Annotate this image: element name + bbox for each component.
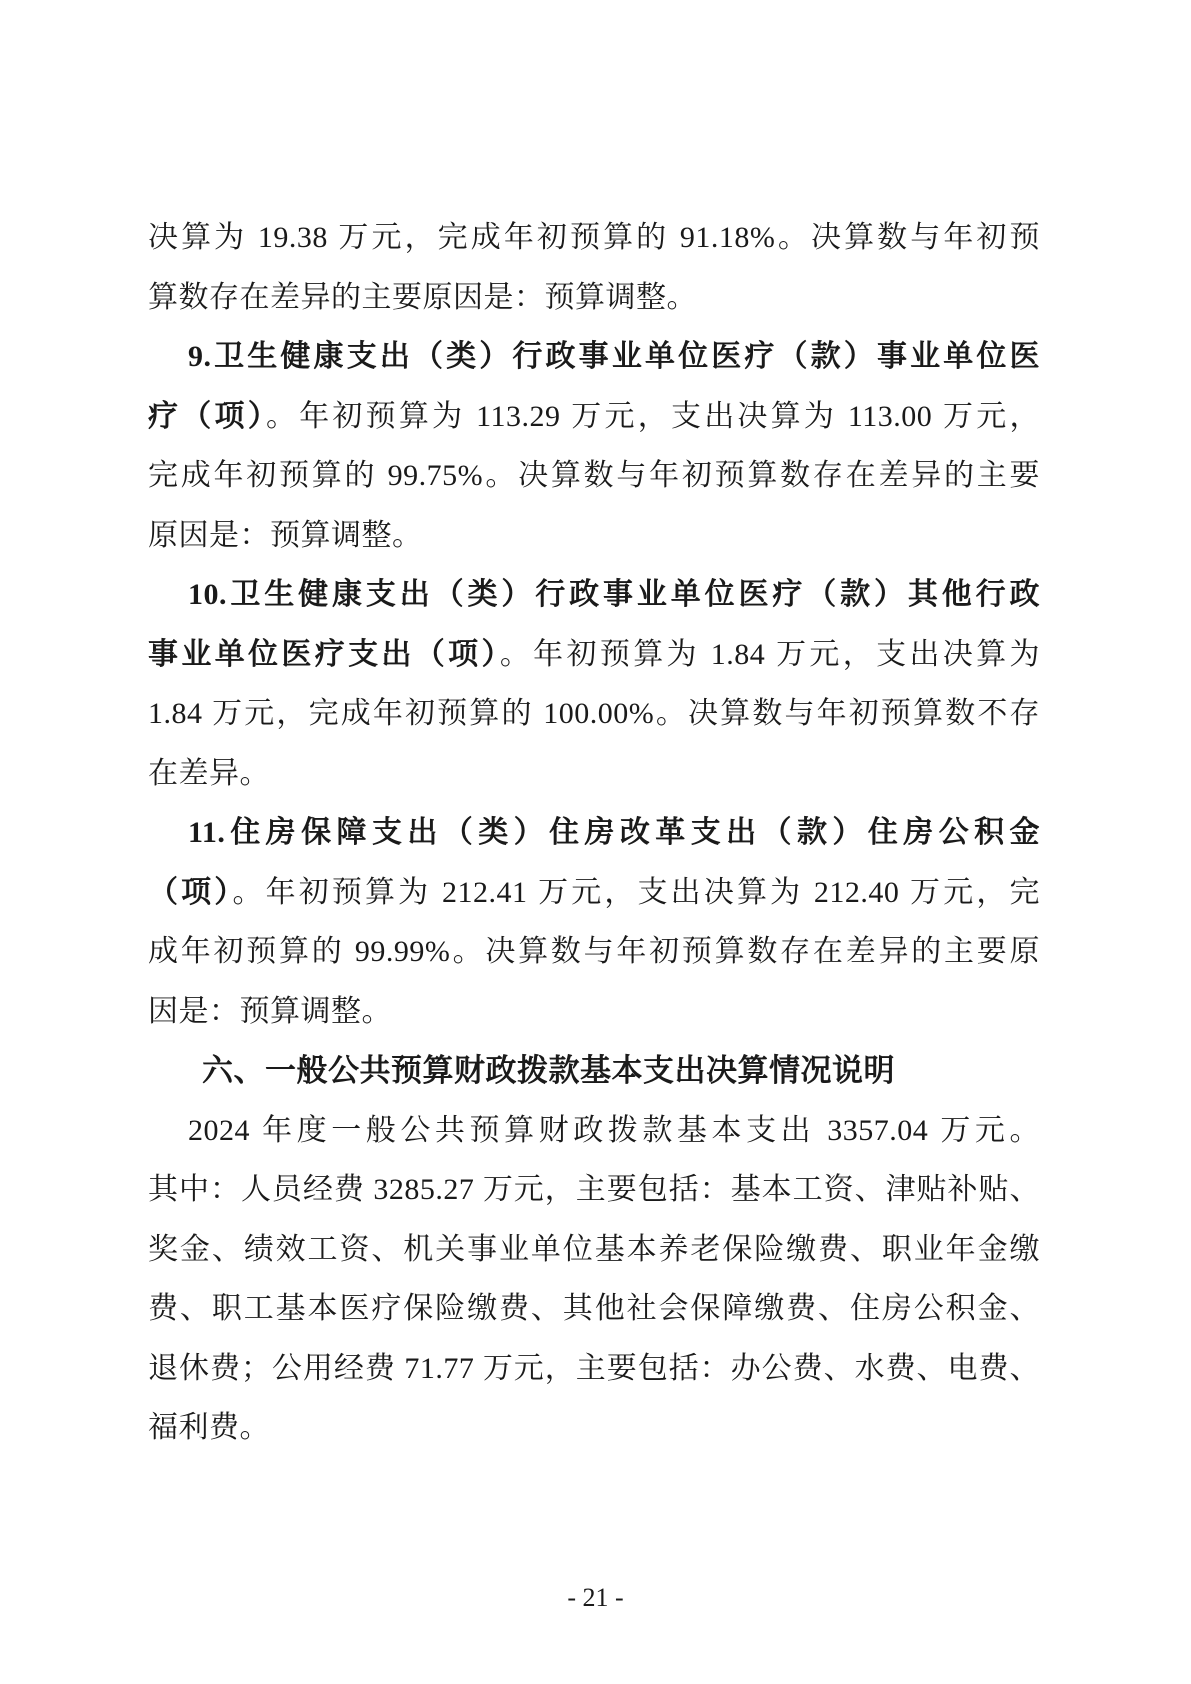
text-run: 。年初预算为 212.41 万元，支出决算为 212.40 万元，完 (232, 876, 1040, 909)
doc-line-item-10: 10.卫生健康支出（类）行政事业单位医疗（款）其他行政 (148, 565, 1040, 625)
text-run: 其中：人员经费 3285.27 万元，主要包括：基本工资、津贴补贴、 (148, 1173, 1040, 1206)
doc-line: 退休费；公用经费 71.77 万元，主要包括：办公费、水费、电费、 (148, 1339, 1040, 1399)
text-run: 成年初预算的 99.99%。决算数与年初预算数存在差异的主要原 (148, 935, 1040, 968)
doc-line: 2024 年度一般公共预算财政拨款基本支出 3357.04 万元。 (148, 1101, 1040, 1161)
text-run: 。年初预算为 113.29 万元，支出决算为 113.00 万元， (266, 400, 1040, 433)
text-run: 完成年初预算的 99.75%。决算数与年初预算数存在差异的主要 (148, 459, 1040, 492)
doc-line: 疗（项）。年初预算为 113.29 万元，支出决算为 113.00 万元， (148, 387, 1040, 447)
bold-run: 疗（项） (148, 400, 266, 433)
section-heading-6: 六、一般公共预算财政拨款基本支出决算情况说明 (148, 1041, 1040, 1101)
doc-line: 算数存在差异的主要原因是：预算调整。 (148, 268, 1040, 328)
text-run: 退休费；公用经费 71.77 万元，主要包括：办公费、水费、电费、 (148, 1352, 1040, 1385)
doc-line: 事业单位医疗支出（项）。年初预算为 1.84 万元，支出决算为 (148, 625, 1040, 685)
doc-line: 奖金、绩效工资、机关事业单位基本养老保险缴费、职业年金缴 (148, 1220, 1040, 1280)
doc-line: （项）。年初预算为 212.41 万元，支出决算为 212.40 万元，完 (148, 863, 1040, 923)
heading-text: 六、一般公共预算财政拨款基本支出决算情况说明 (202, 1053, 895, 1088)
text-run: 费、职工基本医疗保险缴费、其他社会保障缴费、住房公积金、 (148, 1292, 1040, 1325)
doc-line: 原因是：预算调整。 (148, 506, 1040, 566)
doc-line: 因是：预算调整。 (148, 982, 1040, 1042)
bold-run: （项） (148, 876, 232, 909)
text-run: 1.84 万元，完成年初预算的 100.00%。决算数与年初预算数不存 (148, 697, 1040, 730)
bold-run: 9.卫生健康支出（类）行政事业单位医疗（款）事业单位医 (188, 340, 1040, 373)
doc-line-item-9: 9.卫生健康支出（类）行政事业单位医疗（款）事业单位医 (148, 327, 1040, 387)
document-page: 决算为 19.38 万元，完成年初预算的 91.18%。决算数与年初预 算数存在… (0, 0, 1191, 1684)
bold-run: 11.住房保障支出（类）住房改革支出（款）住房公积金 (188, 816, 1040, 849)
document-body: 决算为 19.38 万元，完成年初预算的 91.18%。决算数与年初预 算数存在… (148, 208, 1040, 1458)
text-run: 。年初预算为 1.84 万元，支出决算为 (500, 638, 1040, 671)
bold-run: 事业单位医疗支出（项） (148, 638, 500, 671)
doc-line: 成年初预算的 99.99%。决算数与年初预算数存在差异的主要原 (148, 922, 1040, 982)
doc-line: 决算为 19.38 万元，完成年初预算的 91.18%。决算数与年初预 (148, 208, 1040, 268)
page-number: - 21 - (0, 1583, 1191, 1613)
doc-line: 在差异。 (148, 744, 1040, 804)
doc-line: 费、职工基本医疗保险缴费、其他社会保障缴费、住房公积金、 (148, 1279, 1040, 1339)
doc-line: 其中：人员经费 3285.27 万元，主要包括：基本工资、津贴补贴、 (148, 1160, 1040, 1220)
bold-run: 10.卫生健康支出（类）行政事业单位医疗（款）其他行政 (188, 578, 1040, 611)
text-run: 因是：预算调整。 (148, 995, 392, 1028)
doc-line: 完成年初预算的 99.75%。决算数与年初预算数存在差异的主要 (148, 446, 1040, 506)
text-run: 奖金、绩效工资、机关事业单位基本养老保险缴费、职业年金缴 (148, 1233, 1040, 1266)
doc-line: 福利费。 (148, 1398, 1040, 1458)
text-run: 在差异。 (148, 757, 270, 790)
text-run: 原因是：预算调整。 (148, 519, 423, 552)
text-run: 2024 年度一般公共预算财政拨款基本支出 3357.04 万元。 (188, 1114, 1040, 1147)
text-run: 算数存在差异的主要原因是：预算调整。 (148, 281, 697, 314)
doc-line: 1.84 万元，完成年初预算的 100.00%。决算数与年初预算数不存 (148, 684, 1040, 744)
doc-line-item-11: 11.住房保障支出（类）住房改革支出（款）住房公积金 (148, 803, 1040, 863)
text-run: 决算为 19.38 万元，完成年初预算的 91.18%。决算数与年初预 (148, 221, 1040, 254)
text-run: 福利费。 (148, 1411, 270, 1444)
